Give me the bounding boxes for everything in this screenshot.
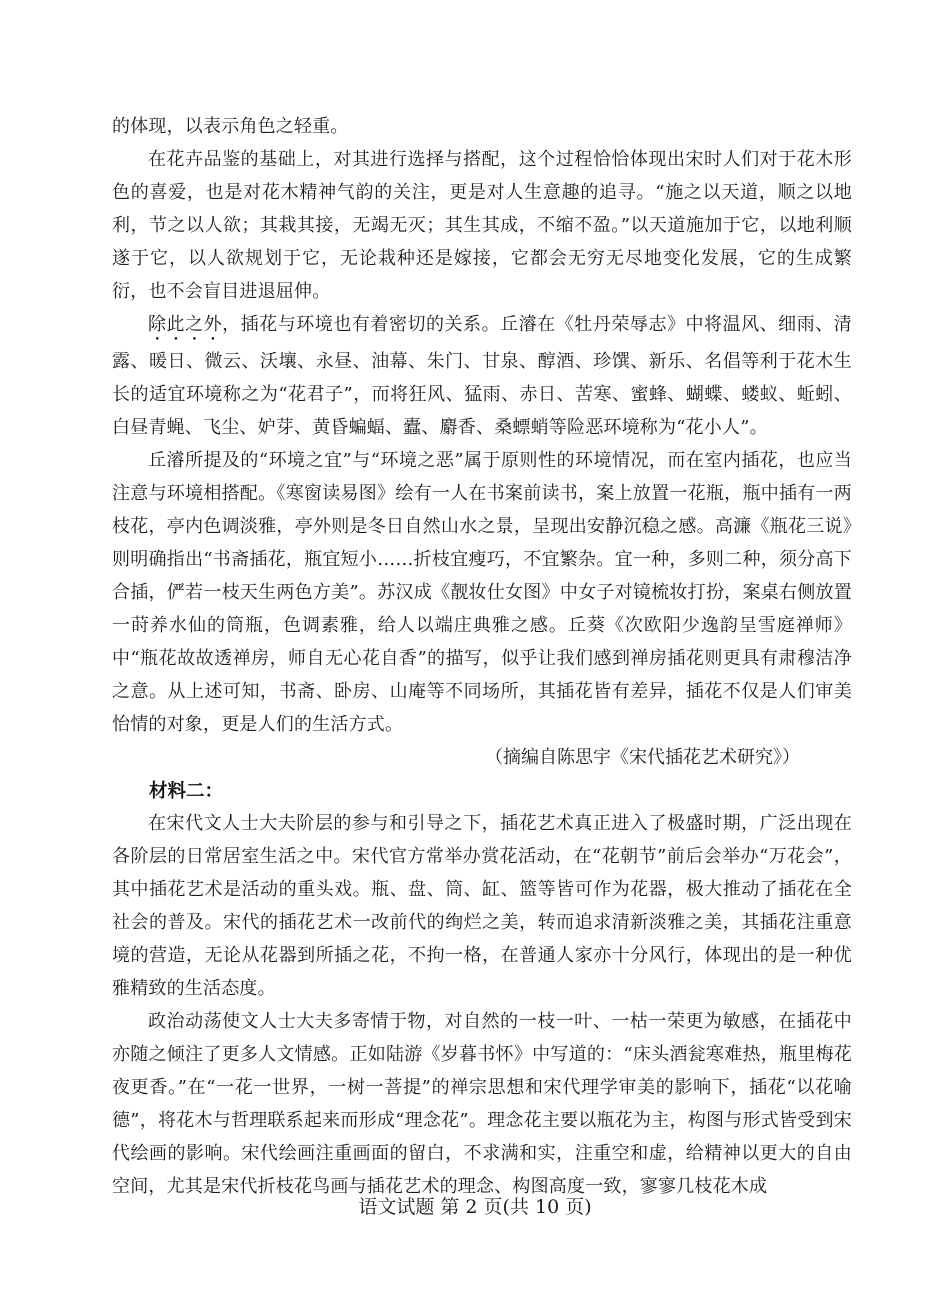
material-two-paragraph-2: 政治动荡使文人士大夫多寄情于物，对自然的一枝一叶、一枯一荣更为敏感，在插花中亦随… bbox=[112, 1005, 852, 1203]
material-one-paragraph-2: 除此之外，插花与环境也有着密切的关系。丘濬在《牡丹荣辱志》中将温风、细雨、清露、… bbox=[112, 308, 852, 444]
material-two-paragraph-1: 在宋代文人士大夫阶层的参与和引导之下，插花艺术真正进入了极盛时期，广泛出现在各阶… bbox=[112, 807, 852, 1005]
passage-body: 的体现，以表示角色之轻重。 在花卉品鉴的基础上，对其进行选择与搭配，这个过程恰恰… bbox=[112, 110, 852, 1203]
exam-page: 的体现，以表示角色之轻重。 在花卉品鉴的基础上，对其进行选择与搭配，这个过程恰恰… bbox=[0, 0, 950, 1300]
paragraph-text: ，插花与环境也有着密切的关系。丘濬在《牡丹荣辱志》中将温风、细雨、清露、暖日、微… bbox=[112, 314, 852, 438]
source-attribution: （摘编自陈思宇《宋代插花艺术研究》） bbox=[112, 741, 852, 774]
material-one-paragraph-1: 在花卉品鉴的基础上，对其进行选择与搭配，这个过程恰恰体现出宋时人们对于花木形色的… bbox=[112, 143, 852, 308]
page-footer: 语文试题 第 2 页(共 10 页) bbox=[0, 1191, 950, 1224]
emphasized-phrase: 除此之外 bbox=[148, 314, 222, 335]
paragraph-continuation: 的体现，以表示角色之轻重。 bbox=[112, 110, 852, 143]
material-two-heading: 材料二： bbox=[112, 774, 852, 807]
material-one-paragraph-3: 丘濬所提及的“环境之宜”与“环境之恶”属于原则性的环境情况，而在室内插花，也应当… bbox=[112, 444, 852, 741]
